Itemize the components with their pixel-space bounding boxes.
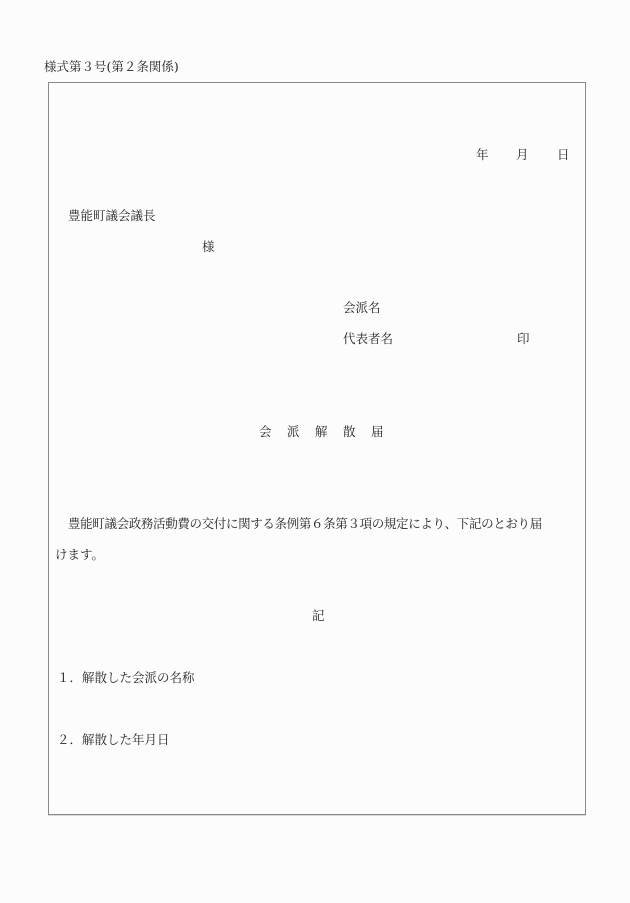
date-month: 月 xyxy=(516,149,529,162)
form-frame xyxy=(48,82,586,815)
item-dissolution-date: ２．解散した年月日 xyxy=(57,734,170,747)
item-faction-name: １．解散した会派の名称 xyxy=(57,672,195,685)
date-year: 年 xyxy=(476,149,489,162)
body-text-line-1: 豊能町議会政務活動費の交付に関する条例第６条第３項の規定により、下記のとおり届 xyxy=(68,518,542,531)
title-char: 会 xyxy=(259,426,287,439)
faction-name-label: 会派名 xyxy=(343,302,381,315)
seal-mark: 印 xyxy=(517,333,530,346)
title-char: 解 xyxy=(315,426,343,439)
addressee-title: 豊能町議会議長 xyxy=(68,210,156,223)
title-char: 届 xyxy=(371,426,384,439)
date-day: 日 xyxy=(557,149,570,162)
body-text-line-2: けます。 xyxy=(55,549,104,562)
ki-heading: 記 xyxy=(312,610,325,623)
document-title: 会派解散届 xyxy=(259,426,384,439)
title-char: 散 xyxy=(343,426,371,439)
form-number-label: 様式第３号(第２条関係) xyxy=(44,61,179,74)
addressee-honorific: 様 xyxy=(202,241,215,254)
title-char: 派 xyxy=(287,426,315,439)
representative-name-label: 代表者名 xyxy=(343,333,393,346)
